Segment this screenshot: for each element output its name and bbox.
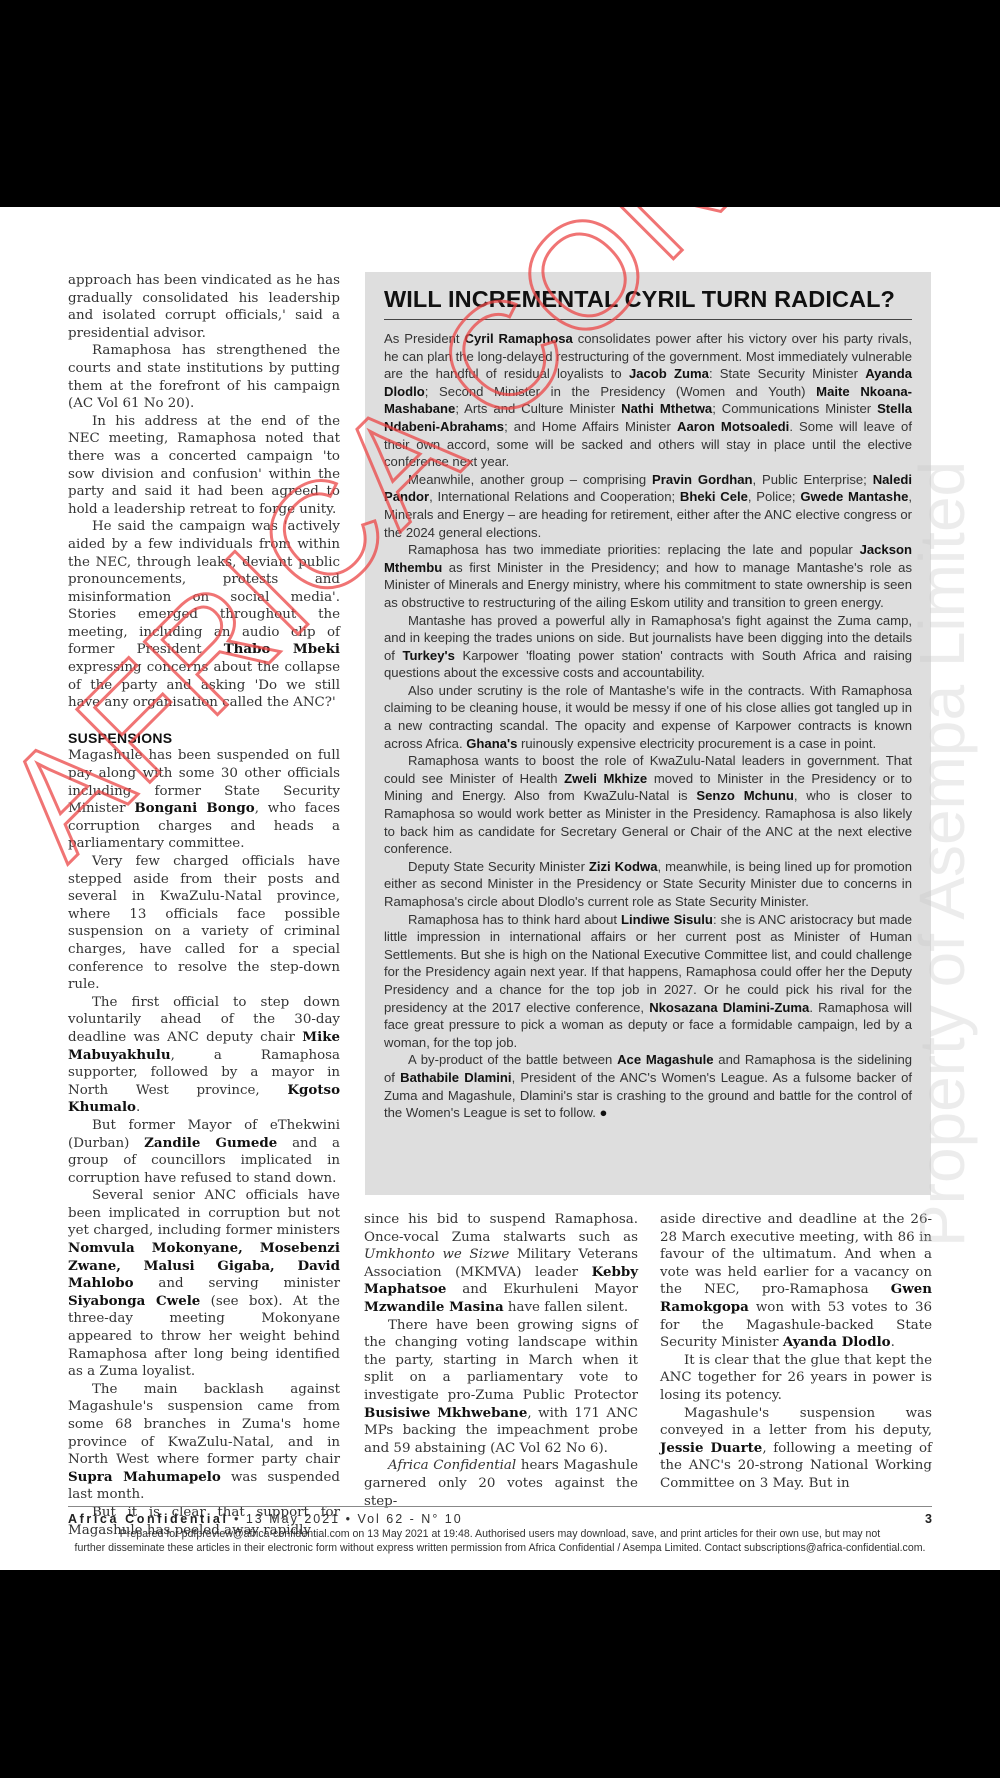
paragraph: aside directive and deadline at the 26-2… [660, 1211, 932, 1352]
person-name: Supra Mahumapelo [68, 1469, 221, 1485]
paragraph: A by-product of the battle between Ace M… [384, 1051, 912, 1121]
sidebar-box: WILL INCREMENTAL CYRIL TURN RADICAL? As … [365, 272, 931, 1195]
paragraph: Very few charged officials have stepped … [68, 853, 340, 994]
disclaimer: Prepared for pdfpreview@africa-confident… [0, 1527, 1000, 1555]
footer-rule [68, 1506, 932, 1507]
paragraph: since his bid to suspend Ramaphosa. Once… [364, 1211, 638, 1317]
article-column-left: approach has been vindicated as he has g… [68, 272, 340, 1539]
paragraph: Deputy State Security Minister Zizi Kodw… [384, 858, 912, 911]
box-title: WILL INCREMENTAL CYRIL TURN RADICAL? [384, 286, 895, 313]
paragraph: approach has been vindicated as he has g… [68, 272, 340, 342]
paragraph: The main backlash against Magashule's su… [68, 1381, 340, 1504]
paragraph: There have been growing signs of the cha… [364, 1317, 638, 1458]
box-body: As President Cyril Ramaphosa consolidate… [384, 330, 912, 1122]
document-page: approach has been vindicated as he has g… [0, 207, 1000, 1570]
page-number: 3 [925, 1512, 932, 1526]
end-mark-icon: ● [600, 1105, 608, 1120]
paragraph: Also under scrutiny is the role of Manta… [384, 682, 912, 752]
article-column-right: aside directive and deadline at the 26-2… [660, 1211, 932, 1493]
paragraph: As President Cyril Ramaphosa consolidate… [384, 330, 912, 471]
page-footer: Africa Confidential • 13 May 2021 • Vol … [68, 1512, 932, 1526]
issue-meta: • 13 May 2021 • Vol 62 - N° 10 [229, 1512, 463, 1526]
section-subheading: SUSPENSIONS [68, 730, 340, 748]
person-name: Zandile Gumede [144, 1135, 277, 1151]
paragraph: In his address at the end of the NEC mee… [68, 413, 340, 519]
person-name: Thabo Mbeki [224, 641, 340, 657]
person-name: Bongani Bongo [134, 800, 254, 816]
article-column-middle: since his bid to suspend Ramaphosa. Once… [364, 1211, 638, 1510]
paragraph: Magashule has been suspended on full pay… [68, 747, 340, 853]
paragraph: Several senior ANC officials have been i… [68, 1187, 340, 1381]
paragraph: Meanwhile, another group – comprising Pr… [384, 471, 912, 541]
paragraph: Ramaphosa has strengthened the courts an… [68, 342, 340, 412]
paragraph: It is clear that the glue that kept the … [660, 1352, 932, 1405]
paragraph: Ramaphosa has to think hard about Lindiw… [384, 911, 912, 1052]
publication-name: Africa Confidential [68, 1512, 229, 1526]
paragraph: But former Mayor of eThekwini (Durban) Z… [68, 1117, 340, 1187]
paragraph: He said the campaign was 'actively aided… [68, 518, 340, 712]
paragraph: The first official to step down voluntar… [68, 994, 340, 1117]
title-rule [384, 319, 912, 320]
paragraph: Africa Confidential hears Magashule garn… [364, 1457, 638, 1510]
paragraph: Ramaphosa has two immediate priorities: … [384, 541, 912, 611]
paragraph: Mantashe has proved a powerful ally in R… [384, 612, 912, 682]
person-name: Siyabonga Cwele [68, 1293, 200, 1309]
paragraph: Magashule's suspension was conveyed in a… [660, 1405, 932, 1493]
paragraph: Ramaphosa wants to boost the role of Kwa… [384, 752, 912, 858]
